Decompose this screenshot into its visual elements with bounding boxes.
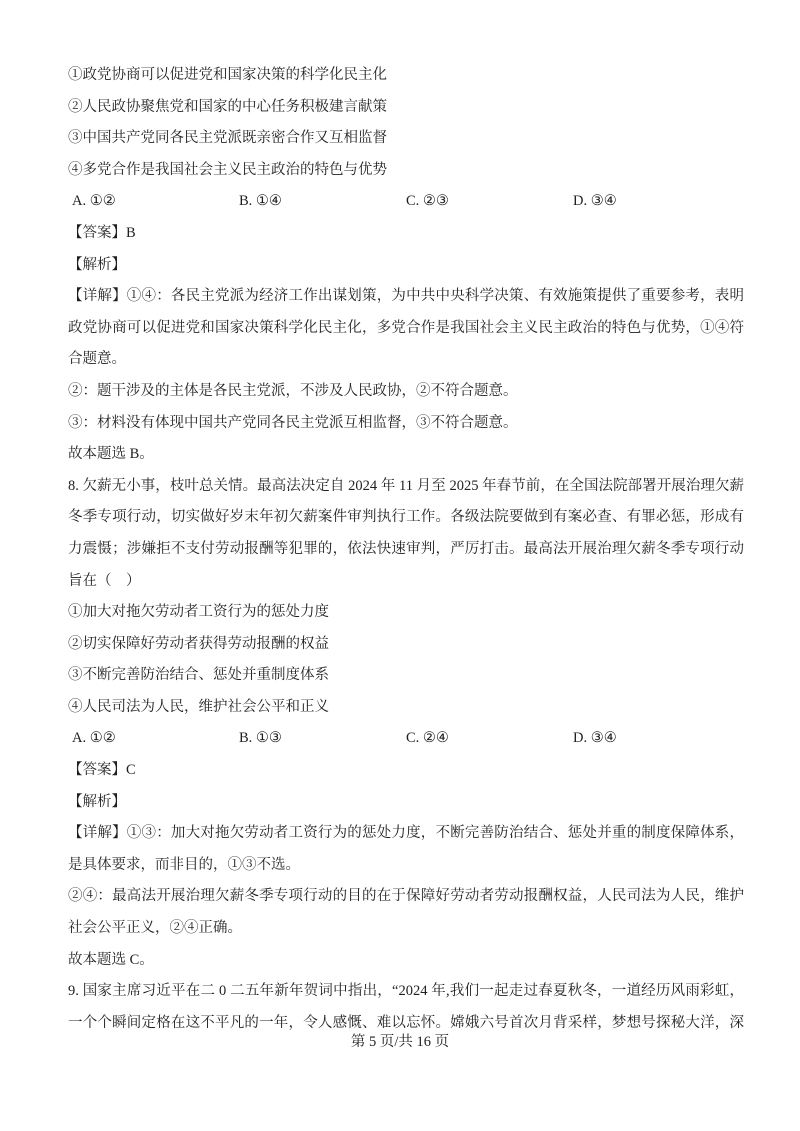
analysis-label-line: 【解析】 <box>68 787 744 819</box>
detail-point-line: 社会公平正义，②④正确。 <box>68 913 744 945</box>
detail-line: 是具体要求，而非目的，①③不选。 <box>68 850 744 882</box>
detail-point-line: ②④：最高法开展治理欠薪冬季专项行动的目的在于保障好劳动者劳动报酬权益，人民司法… <box>68 881 744 913</box>
answer-line: 【答案】B <box>68 218 744 250</box>
option-b: B. ①③ <box>239 723 406 755</box>
detail-point-line: ③：材料没有体现中国共产党同各民主党派互相监督，③不符合题意。 <box>68 408 744 440</box>
conclusion-line: 故本题选 B。 <box>68 439 744 471</box>
option-c: C. ②③ <box>406 186 573 218</box>
exam-answer-page: ①政党协商可以促进党和国家决策的科学化民主化 ②人民政协聚焦党和国家的中心任务积… <box>0 0 800 1131</box>
detail-line: 合题意。 <box>68 344 744 376</box>
question-stem-line: 9. 国家主席习近平在二 0 二五年新年贺词中指出，“2024 年,我们一起走过… <box>68 976 744 1008</box>
question-stem-line: 旨在（ ） <box>68 566 744 598</box>
statement-line: ④多党合作是我国社会主义民主政治的特色与优势 <box>68 155 744 187</box>
option-a: A. ①② <box>72 186 239 218</box>
question-stem-line: 冬季专项行动，切实做好岁末年初欠薪案件审判执行工作。各级法院要做到有案必查、有罪… <box>68 502 744 534</box>
option-c: C. ②④ <box>406 723 573 755</box>
statement-line: ②人民政协聚焦党和国家的中心任务积极建言献策 <box>68 92 744 124</box>
question-stem-line: 力震慑；涉嫌拒不支付劳动报酬等犯罪的，依法快速审判，严厉打击。最高法开展治理欠薪… <box>68 534 744 566</box>
statement-line: ③中国共产党同各民主党派既亲密合作又互相监督 <box>68 123 744 155</box>
detail-line: 【详解】①④：各民主党派为经济工作出谋划策，为中共中央科学决策、有效施策提供了重… <box>68 281 744 313</box>
conclusion-line: 故本题选 C。 <box>68 945 744 977</box>
statement-line: ①政党协商可以促进党和国家决策的科学化民主化 <box>68 60 744 92</box>
options-row: A. ①② B. ①③ C. ②④ D. ③④ <box>68 723 744 755</box>
page-content: ①政党协商可以促进党和国家决策的科学化民主化 ②人民政协聚焦党和国家的中心任务积… <box>68 60 744 1039</box>
statement-line: ③不断完善防治结合、惩处并重制度体系 <box>68 660 744 692</box>
question-stem-line: 8. 欠薪无小事，枝叶总关情。最高法决定自 2024 年 11 月至 2025 … <box>68 471 744 503</box>
detail-point-line: ②：题干涉及的主体是各民主党派，不涉及人民政协，②不符合题意。 <box>68 376 744 408</box>
option-d: D. ③④ <box>573 186 740 218</box>
option-d: D. ③④ <box>573 723 740 755</box>
analysis-label-line: 【解析】 <box>68 250 744 282</box>
statement-line: ④人民司法为人民，维护社会公平和正义 <box>68 692 744 724</box>
detail-line: 政党协商可以促进党和国家决策科学化民主化，多党合作是我国社会主义民主政治的特色与… <box>68 313 744 345</box>
option-b: B. ①④ <box>239 186 406 218</box>
option-a: A. ①② <box>72 723 239 755</box>
page-footer: 第 5 页/共 16 页 <box>0 1031 800 1053</box>
statement-line: ①加大对拖欠劳动者工资行为的惩处力度 <box>68 597 744 629</box>
options-row: A. ①② B. ①④ C. ②③ D. ③④ <box>68 186 744 218</box>
detail-line: 【详解】①③：加大对拖欠劳动者工资行为的惩处力度，不断完善防治结合、惩处并重的制… <box>68 818 744 850</box>
statement-line: ②切实保障好劳动者获得劳动报酬的权益 <box>68 629 744 661</box>
answer-line: 【答案】C <box>68 755 744 787</box>
